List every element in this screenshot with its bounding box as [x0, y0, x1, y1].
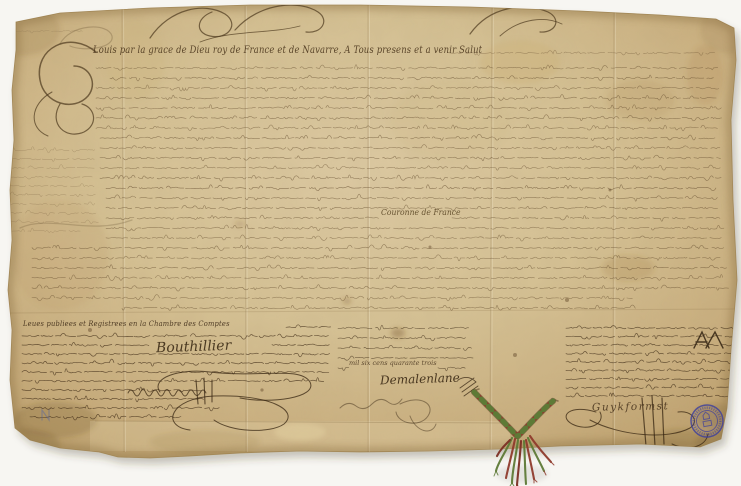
photograph-of-parchment-charter: Louis par la grace de Dieu roy de France… [0, 0, 741, 486]
parchment-artwork [0, 0, 741, 486]
